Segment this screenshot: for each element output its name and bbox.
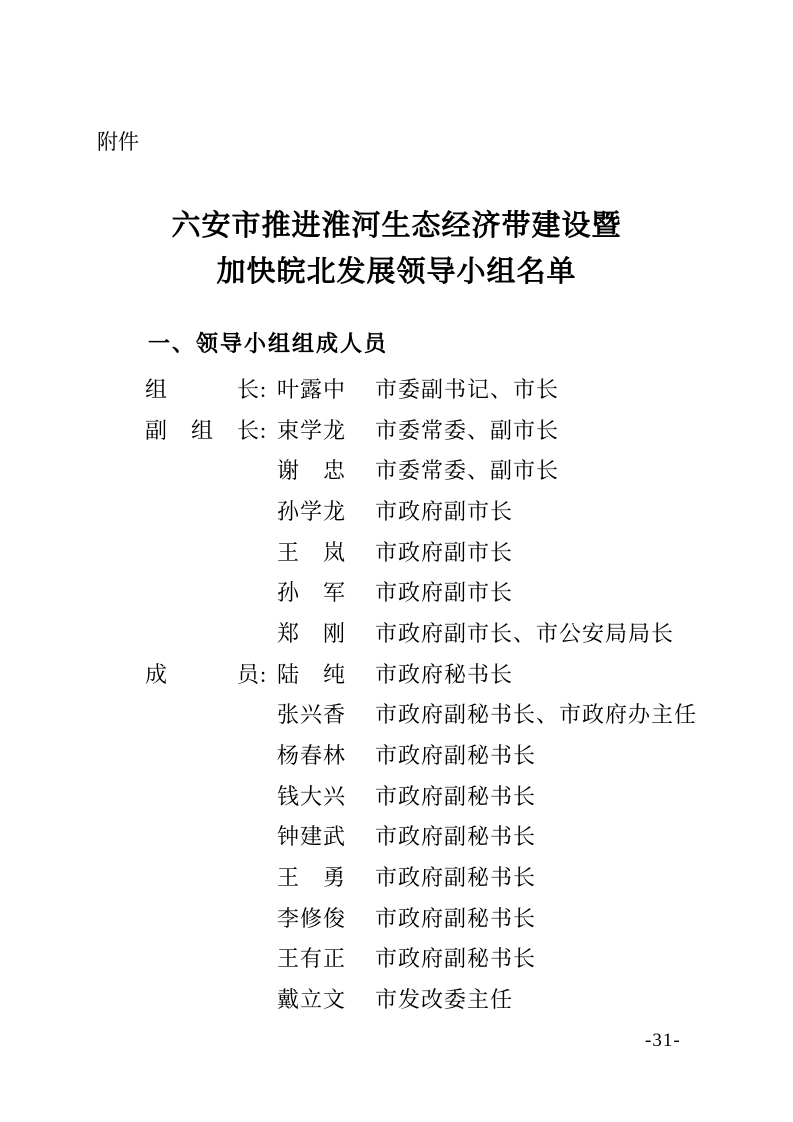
roster-row: 钱大兴 市政府副秘书长 (145, 775, 745, 816)
roster-list: 组 长: 叶露中 市委副书记、市长 副 组 长: 束学龙 市委常委、副市长 谢 … (145, 368, 745, 1019)
document-title-line1: 六安市推进淮河生态经济带建设暨 (0, 203, 793, 249)
member-position: 市政府副秘书长 (375, 820, 745, 851)
member-name: 叶露中 (277, 373, 375, 404)
member-position: 市政府副市长 (375, 495, 745, 526)
section-heading: 一、领导小组组成人员 (148, 331, 388, 356)
member-name: 李修俊 (277, 902, 375, 933)
member-name: 钟建武 (277, 820, 375, 851)
member-name: 束学龙 (277, 414, 375, 445)
member-name: 陆 纯 (277, 658, 375, 689)
member-name: 王 岚 (277, 536, 375, 567)
roster-row: 张兴香 市政府副秘书长、市政府办主任 (145, 694, 745, 735)
member-position: 市委常委、副市长 (375, 454, 745, 485)
member-name: 郑 刚 (277, 617, 375, 648)
member-position: 市政府副市长 (375, 536, 745, 567)
roster-row: 杨春林 市政府副秘书长 (145, 734, 745, 775)
roster-row: 孙 军 市政府副市长 (145, 571, 745, 612)
member-name: 王有正 (277, 942, 375, 973)
member-position: 市政府副秘书长、市政府办主任 (375, 698, 745, 729)
roster-row: 王有正 市政府副秘书长 (145, 938, 745, 979)
member-name: 戴立文 (277, 983, 375, 1014)
role-label: 副 组 长: (145, 414, 277, 445)
member-position: 市政府副市长、市公安局局长 (375, 617, 745, 648)
roster-row: 孙学龙 市政府副市长 (145, 490, 745, 531)
member-name: 杨春林 (277, 739, 375, 770)
roster-row: 王 岚 市政府副市长 (145, 531, 745, 572)
roster-row: 李修俊 市政府副秘书长 (145, 897, 745, 938)
member-name: 孙 军 (277, 576, 375, 607)
roster-row: 谢 忠 市委常委、副市长 (145, 449, 745, 490)
document-page: 附件 六安市推进淮河生态经济带建设暨 加快皖北发展领导小组名单 一、领导小组组成… (0, 0, 793, 1122)
document-title-line2: 加快皖北发展领导小组名单 (0, 249, 793, 295)
roster-row: 王 勇 市政府副秘书长 (145, 856, 745, 897)
roster-row: 组 长: 叶露中 市委副书记、市长 (145, 368, 745, 409)
roster-row: 成 员: 陆 纯 市政府秘书长 (145, 653, 745, 694)
member-position: 市政府副秘书长 (375, 902, 745, 933)
member-position: 市政府副市长 (375, 576, 745, 607)
member-name: 张兴香 (277, 698, 375, 729)
member-position: 市委副书记、市长 (375, 373, 745, 404)
member-name: 孙学龙 (277, 495, 375, 526)
roster-row: 戴立文 市发改委主任 (145, 978, 745, 1019)
page-number: -31- (645, 1030, 681, 1052)
member-position: 市政府秘书长 (375, 658, 745, 689)
role-label: 组 长: (145, 373, 277, 404)
member-name: 谢 忠 (277, 454, 375, 485)
role-label: 成 员: (145, 658, 277, 689)
roster-row: 副 组 长: 束学龙 市委常委、副市长 (145, 409, 745, 450)
member-position: 市政府副秘书长 (375, 861, 745, 892)
member-position: 市政府副秘书长 (375, 942, 745, 973)
member-position: 市委常委、副市长 (375, 414, 745, 445)
roster-row: 钟建武 市政府副秘书长 (145, 816, 745, 857)
member-position: 市政府副秘书长 (375, 780, 745, 811)
document-title: 六安市推进淮河生态经济带建设暨 加快皖北发展领导小组名单 (0, 203, 793, 295)
member-name: 钱大兴 (277, 780, 375, 811)
roster-row: 郑 刚 市政府副市长、市公安局局长 (145, 612, 745, 653)
member-position: 市发改委主任 (375, 983, 745, 1014)
member-position: 市政府副秘书长 (375, 739, 745, 770)
attachment-label: 附件 (97, 131, 139, 155)
member-name: 王 勇 (277, 861, 375, 892)
